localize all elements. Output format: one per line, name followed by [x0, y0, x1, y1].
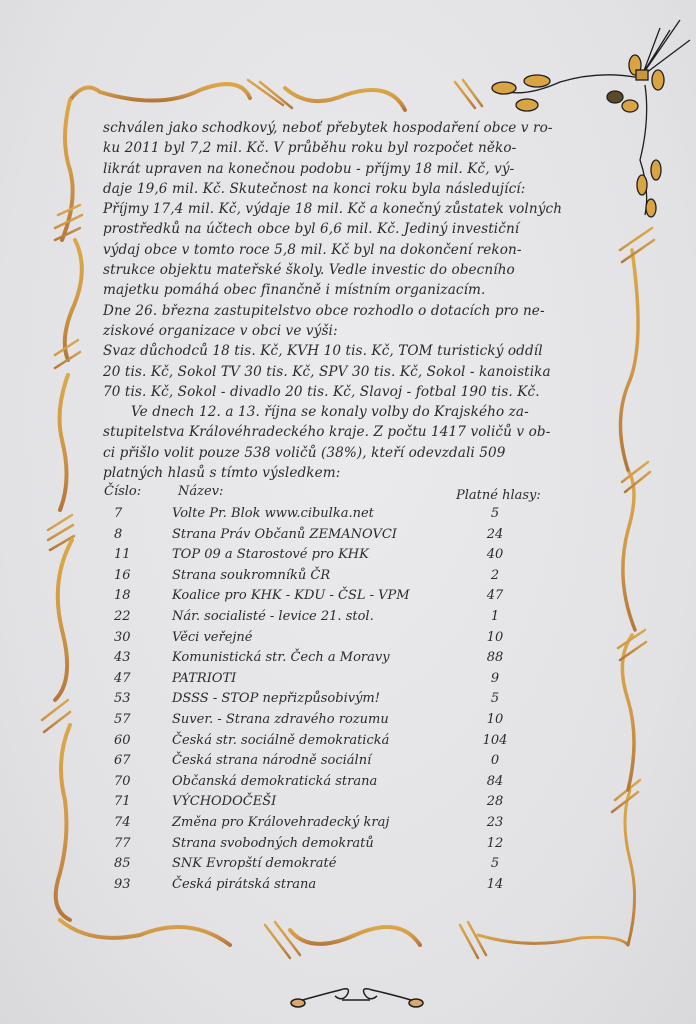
- table-row: 85SNK Evropští demokraté5: [100, 856, 580, 877]
- text-line: Ve dnech 12. a 13. října se konaly volby…: [103, 402, 643, 422]
- party-name: Koalice pro KHK - KDU - ČSL - VPM: [172, 588, 410, 603]
- party-votes: 24: [480, 527, 510, 542]
- party-number: 85: [114, 856, 144, 871]
- table-row: 7Volte Pr. Blok www.cibulka.net5: [100, 506, 580, 527]
- party-name: Změna pro Královehradecký kraj: [172, 815, 389, 830]
- text-line: 20 tis. Kč, Sokol TV 30 tis. Kč, SPV 30 …: [103, 362, 643, 382]
- table-row: 57Suver. - Strana zdravého rozumu10: [100, 712, 580, 733]
- party-number: 60: [114, 733, 144, 748]
- party-number: 67: [114, 753, 144, 768]
- text-line: strukce objektu mateřské školy. Vedle in…: [103, 260, 643, 280]
- party-number: 16: [114, 568, 144, 583]
- party-votes: 2: [480, 568, 510, 583]
- party-name: Nár. socialisté - levice 21. stol.: [172, 609, 374, 624]
- table-row: 22Nár. socialisté - levice 21. stol.1: [100, 609, 580, 630]
- party-votes: 1: [480, 609, 510, 624]
- party-name: PATRIOTI: [172, 671, 236, 686]
- party-name: DSSS - STOP nepřizpůsobivým!: [172, 691, 380, 706]
- party-votes: 88: [480, 650, 510, 665]
- party-name: TOP 09 a Starostové pro KHK: [172, 547, 369, 562]
- party-number: 74: [114, 815, 144, 830]
- party-votes: 5: [480, 691, 510, 706]
- party-number: 30: [114, 630, 144, 645]
- party-name: Česká str. sociálně demokratická: [172, 733, 389, 748]
- party-votes: 47: [480, 588, 510, 603]
- table-row: 70Občanská demokratická strana84: [100, 774, 580, 795]
- chronicle-text: schválen jako schodkový, neboť přebytek …: [103, 118, 643, 483]
- party-votes: 84: [480, 774, 510, 789]
- table-row: 93Česká pirátská strana14: [100, 877, 580, 898]
- table-row: 18Koalice pro KHK - KDU - ČSL - VPM47: [100, 588, 580, 609]
- party-votes: 104: [480, 733, 510, 748]
- party-votes: 28: [480, 794, 510, 809]
- text-line: daje 19,6 mil. Kč. Skutečnost na konci r…: [103, 179, 643, 199]
- party-number: 7: [114, 506, 144, 521]
- party-votes: 10: [480, 712, 510, 727]
- table-row: 53DSSS - STOP nepřizpůsobivým!5: [100, 691, 580, 712]
- party-number: 47: [114, 671, 144, 686]
- header-votes: Platné hlasy:: [456, 488, 541, 503]
- text-line: ziskové organizace v obci ve výši:: [103, 321, 643, 341]
- text-line: Svaz důchodců 18 tis. Kč, KVH 10 tis. Kč…: [103, 341, 643, 361]
- text-line: ci přišlo volit pouze 538 voličů (38%), …: [103, 443, 643, 463]
- text-line: likrát upraven na konečnou podobu - příj…: [103, 159, 643, 179]
- header-number: Číslo:: [104, 484, 141, 499]
- party-name: Suver. - Strana zdravého rozumu: [172, 712, 389, 727]
- table-row: 47PATRIOTI9: [100, 671, 580, 692]
- party-number: 22: [114, 609, 144, 624]
- party-name: Strana soukromníků ČR: [172, 568, 330, 583]
- text-line: ku 2011 byl 7,2 mil. Kč. V průběhu roku …: [103, 138, 643, 158]
- party-number: 77: [114, 836, 144, 851]
- party-number: 18: [114, 588, 144, 603]
- party-name: Česká strana národně sociální: [172, 753, 371, 768]
- text-line: výdaj obce v tomto roce 5,8 mil. Kč byl …: [103, 240, 643, 260]
- party-votes: 12: [480, 836, 510, 851]
- party-number: 53: [114, 691, 144, 706]
- party-name: Věci veřejné: [172, 630, 253, 645]
- text-line: stupitelstva Královéhradeckého kraje. Z …: [103, 422, 643, 442]
- table-row: 60Česká str. sociálně demokratická104: [100, 733, 580, 754]
- party-votes: 5: [480, 506, 510, 521]
- text-line: Dne 26. března zastupitelstvo obce rozho…: [103, 301, 643, 321]
- party-name: Občanská demokratická strana: [172, 774, 377, 789]
- party-votes: 23: [480, 815, 510, 830]
- party-name: Strana Práv Občanů ZEMANOVCI: [172, 527, 397, 542]
- text-line: Příjmy 17,4 mil. Kč, výdaje 18 mil. Kč a…: [103, 199, 643, 219]
- party-votes: 40: [480, 547, 510, 562]
- text-line: platných hlasů s tímto výsledkem:: [103, 463, 643, 483]
- party-name: Volte Pr. Blok www.cibulka.net: [172, 506, 374, 521]
- party-number: 70: [114, 774, 144, 789]
- table-row: 67Česká strana národně sociální0: [100, 753, 580, 774]
- table-row: 11TOP 09 a Starostové pro KHK40: [100, 547, 580, 568]
- text-line: prostředků na účtech obce byl 6,6 mil. K…: [103, 219, 643, 239]
- text-line: majetku pomáhá obec finančně i místním o…: [103, 280, 643, 300]
- table-row: 77Strana svobodných demokratů12: [100, 836, 580, 857]
- party-votes: 0: [480, 753, 510, 768]
- table-row: 30Věci veřejné10: [100, 630, 580, 651]
- bottom-flourish: [291, 989, 423, 1007]
- party-votes: 14: [480, 877, 510, 892]
- table-row: 71VÝCHODOČEŠI28: [100, 794, 580, 815]
- party-number: 93: [114, 877, 144, 892]
- party-votes: 9: [480, 671, 510, 686]
- table-row: 74Změna pro Královehradecký kraj23: [100, 815, 580, 836]
- text-line: 70 tis. Kč, Sokol - divadlo 20 tis. Kč, …: [103, 382, 643, 402]
- party-name: Komunistická str. Čech a Moravy: [172, 650, 390, 665]
- table-header: Číslo: Název: Platné hlasy:: [100, 484, 580, 506]
- party-name: VÝCHODOČEŠI: [172, 794, 276, 809]
- table-body: 7Volte Pr. Blok www.cibulka.net58Strana …: [100, 506, 580, 897]
- election-results-table: Číslo: Název: Platné hlasy: 7Volte Pr. B…: [100, 484, 580, 897]
- party-name: Strana svobodných demokratů: [172, 836, 374, 851]
- party-name: Česká pirátská strana: [172, 877, 316, 892]
- party-number: 71: [114, 794, 144, 809]
- table-row: 43Komunistická str. Čech a Moravy88: [100, 650, 580, 671]
- party-number: 43: [114, 650, 144, 665]
- party-number: 11: [114, 547, 144, 562]
- party-number: 57: [114, 712, 144, 727]
- table-row: 8Strana Práv Občanů ZEMANOVCI24: [100, 527, 580, 548]
- text-line: schválen jako schodkový, neboť přebytek …: [103, 118, 643, 138]
- party-name: SNK Evropští demokraté: [172, 856, 336, 871]
- table-row: 16Strana soukromníků ČR2: [100, 568, 580, 589]
- party-votes: 5: [480, 856, 510, 871]
- header-name: Název:: [178, 484, 223, 499]
- party-number: 8: [114, 527, 144, 542]
- party-votes: 10: [480, 630, 510, 645]
